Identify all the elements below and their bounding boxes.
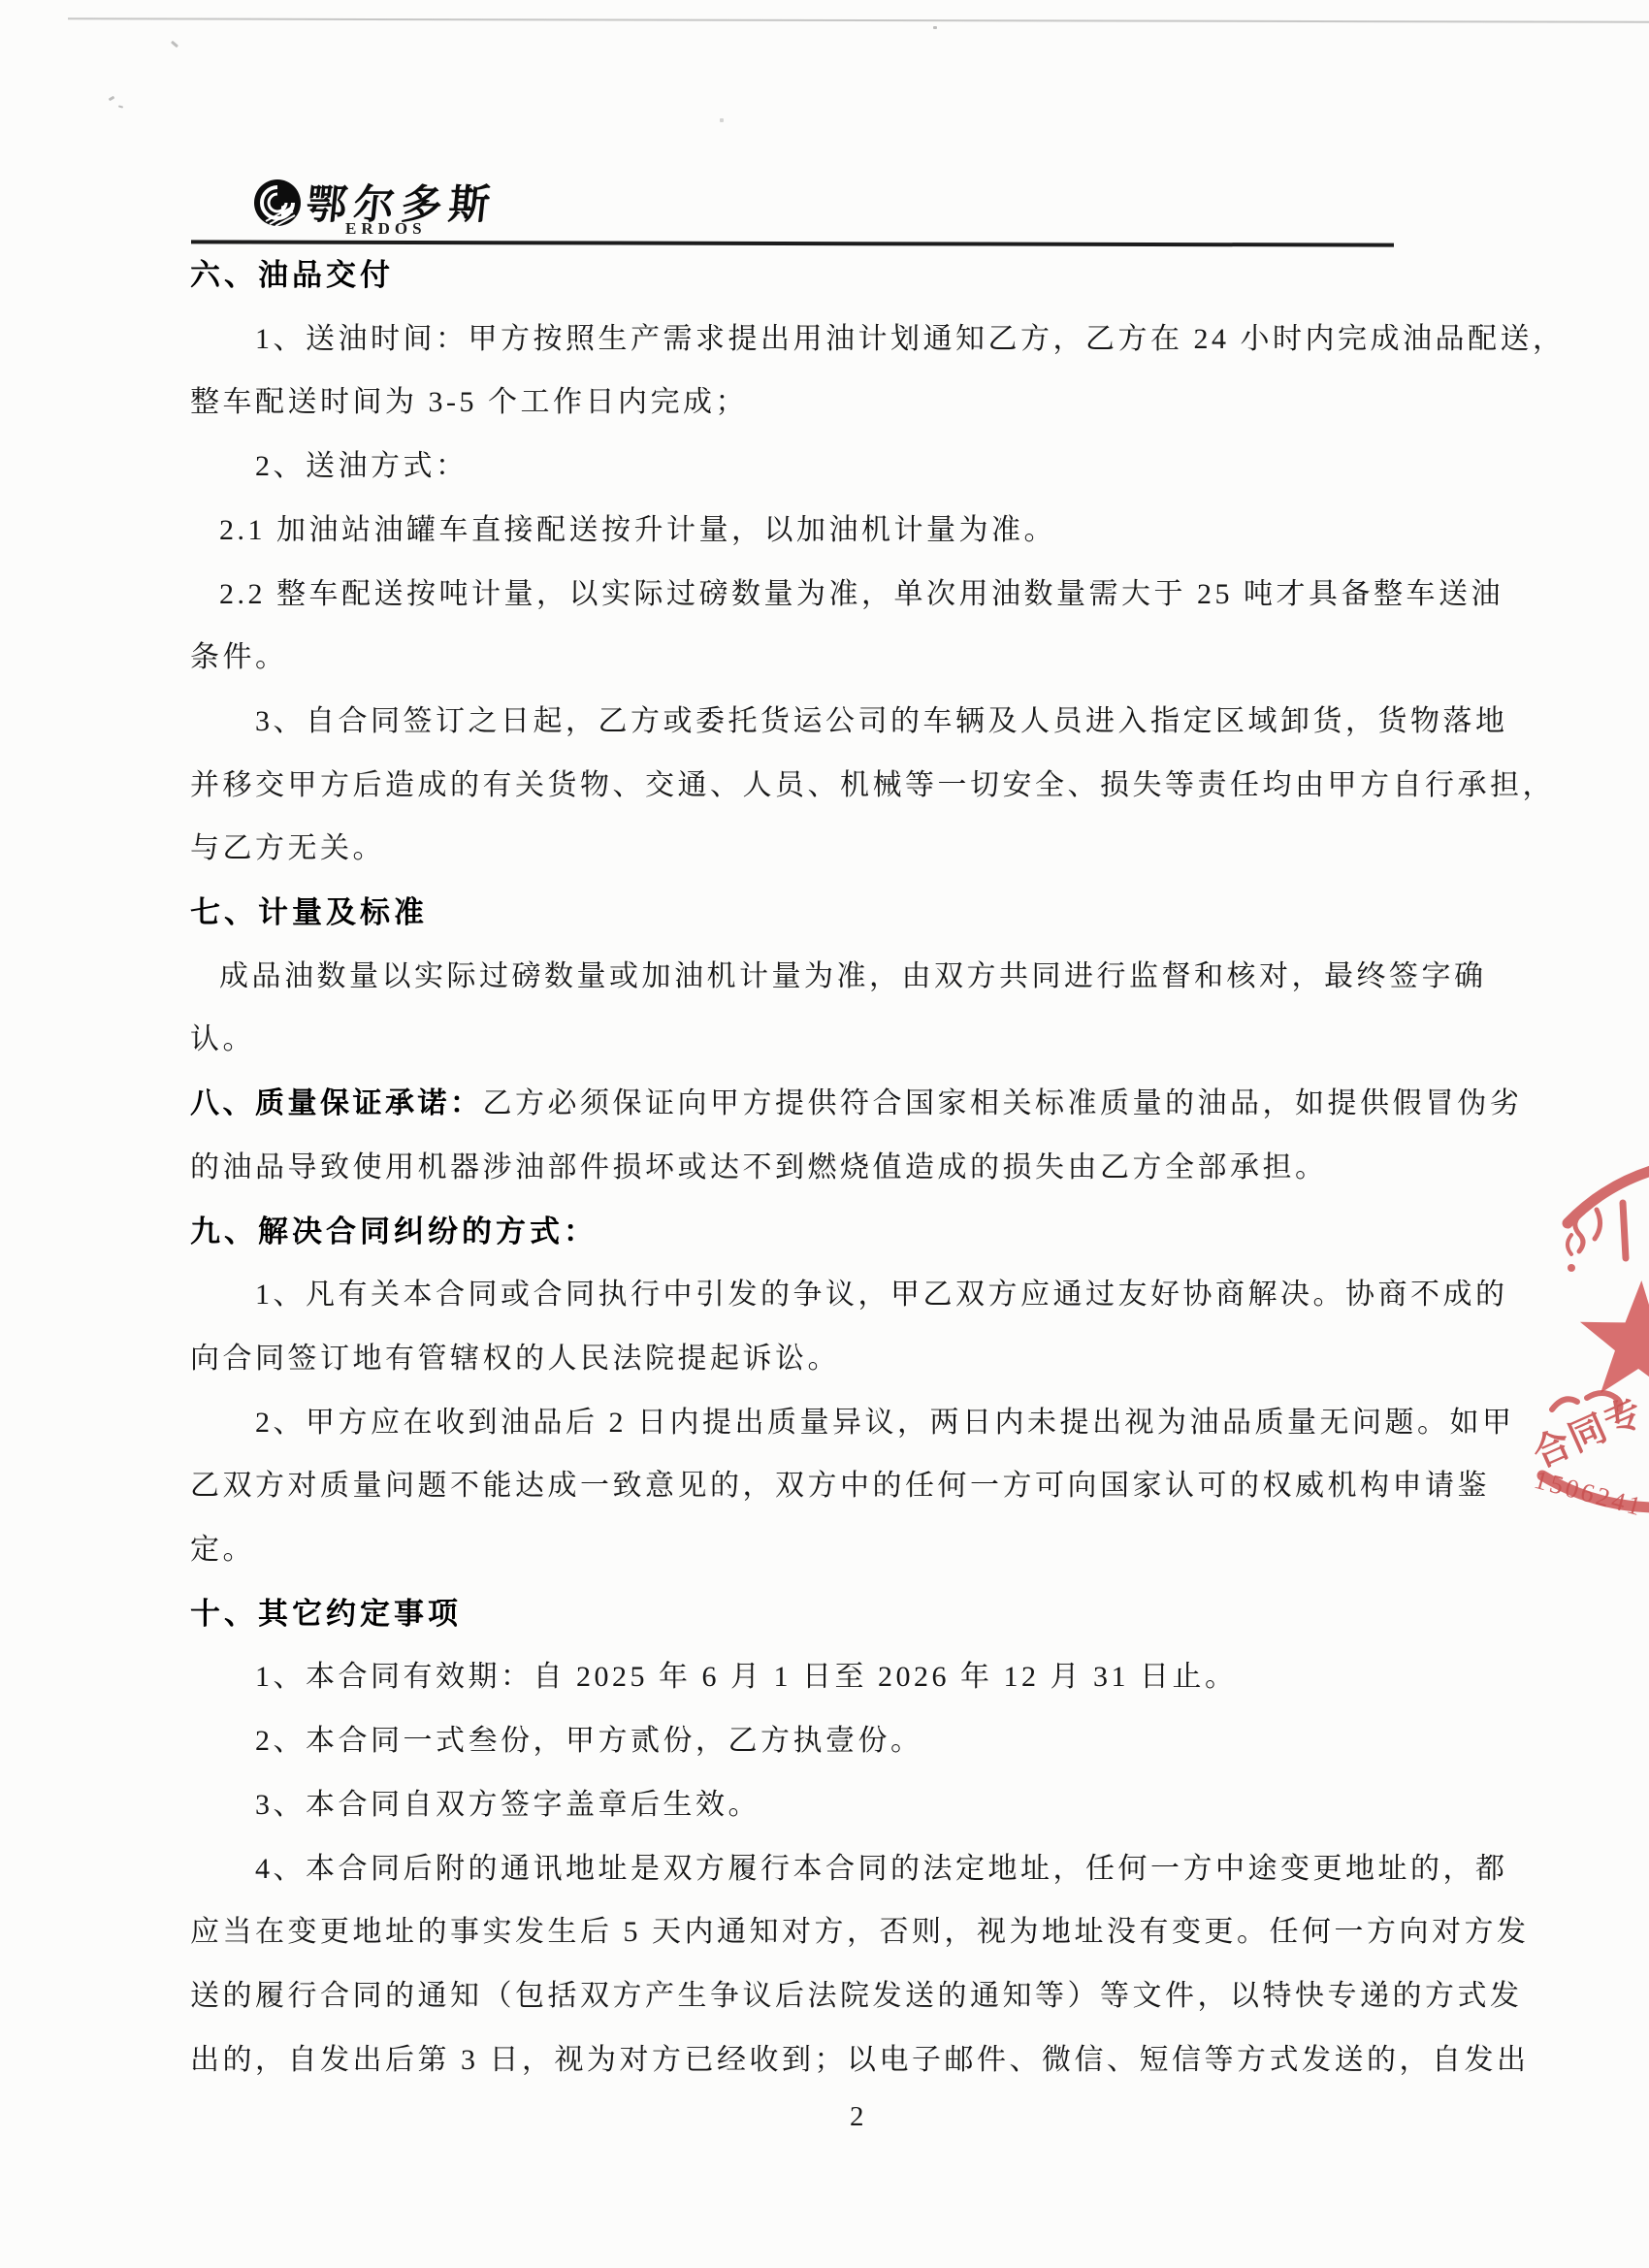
seal-number: 1506241 bbox=[1531, 1465, 1646, 1522]
red-contract-seal: 合同专 1506241 bbox=[1533, 1159, 1649, 1528]
text-line: 认。 bbox=[190, 1022, 255, 1057]
text-line: 1、凡有关本合同或合同执行中引发的争议，甲乙双方应通过友好协商解决。协商不成的 bbox=[255, 1278, 1508, 1312]
page-number: 2 bbox=[850, 2101, 864, 2133]
text-line: 出的，自发出后第 3 日，视为对方已经收到；以电子邮件、微信、短信等方式发送的，… bbox=[190, 2043, 1530, 2078]
section-heading: 七、计量及标准 bbox=[190, 895, 428, 930]
text-line: 2.2 整车配送按吨计量，以实际过磅数量为准，单次用油数量需大于 25 吨才具备… bbox=[219, 577, 1503, 612]
text-line: 2.1 加油站油罐车直接配送按升计量，以加油机计量为准。 bbox=[219, 513, 1056, 548]
text-line: 送的履行合同的通知（包括双方产生争议后法院发送的通知等）等文件，以特快专递的方式… bbox=[190, 1979, 1523, 2014]
text-line: 整车配送时间为 3-5 个工作日内完成； bbox=[190, 385, 748, 420]
text-line: 并移交甲方后造成的有关货物、交通、人员、机械等一切安全、损失等责任均由甲方自行承… bbox=[190, 768, 1555, 803]
text-line: 应当在变更地址的事实发生后 5 天内通知对方，否则，视为地址没有变更。任何一方向… bbox=[190, 1915, 1530, 1950]
seal-star-icon bbox=[1580, 1280, 1649, 1396]
scan-edge-line bbox=[68, 17, 1649, 22]
mongolian-script-top bbox=[1575, 1213, 1583, 1251]
text-line: 乙双方对质量问题不能达成一致意见的，双方中的任何一方可向国家认可的权威机构申请鉴 bbox=[190, 1469, 1490, 1504]
text-line: 向合同签订地有管辖权的人民法院提起诉讼。 bbox=[190, 1342, 840, 1377]
text-line: 1、送油时间：甲方按照生产需求提出用油计划通知乙方，乙方在 24 小时内完成油品… bbox=[255, 322, 1566, 357]
mongolian-script-top bbox=[1568, 1235, 1571, 1254]
text-line: 2、甲方应在收到油品后 2 日内提出质量异议，两日内未提出视为油品质量无问题。如… bbox=[255, 1406, 1515, 1441]
bold-clause-label: 八、质量保证承诺： bbox=[190, 1087, 483, 1119]
section-heading: 九、解决合同纠纷的方式： bbox=[190, 1215, 598, 1249]
text-line: 的油品导致使用机器涉油部件损坏或达不到燃烧值造成的损失由乙方全部承担。 bbox=[190, 1150, 1328, 1185]
section-heading: 六、油品交付 bbox=[190, 258, 394, 293]
seal-label: 合同专 bbox=[1528, 1391, 1649, 1475]
scan-speck bbox=[109, 96, 115, 102]
scan-speck bbox=[933, 26, 937, 29]
header-divider bbox=[191, 240, 1394, 246]
text-line: 定。 bbox=[190, 1533, 255, 1568]
brand-name-english: ERDOS bbox=[345, 219, 427, 239]
text-line: 3、自合同签订之日起，乙方或委托货运公司的车辆及人员进入指定区域卸货，货物落地 bbox=[255, 704, 1508, 739]
text-line: 3、本合同自双方签字盖章后生效。 bbox=[255, 1788, 760, 1823]
scan-speck bbox=[720, 118, 724, 122]
scan-speck bbox=[118, 105, 123, 108]
scanned-contract-page: 鄂尔多斯 ERDOS 六、油品交付1、送油时间：甲方按照生产需求提出用油计划通知… bbox=[0, 0, 1649, 2268]
text-line: 4、本合同后附的通讯地址是双方履行本合同的法定地址，任何一方中途变更地址的，都 bbox=[255, 1852, 1508, 1887]
text-line: 条件。 bbox=[190, 640, 288, 675]
text-line: 与乙方无关。 bbox=[190, 831, 385, 866]
scan-speck bbox=[171, 41, 178, 48]
mongolian-script-dot bbox=[1568, 1264, 1575, 1272]
seal-vertical-stroke bbox=[1623, 1203, 1626, 1258]
text-line: 2、送油方式： bbox=[255, 449, 469, 484]
mongolian-script-middle bbox=[1552, 1399, 1577, 1409]
mongolian-script-top bbox=[1595, 1210, 1600, 1239]
text-line: 2、本合同一式叁份，甲方贰份，乙方执壹份。 bbox=[255, 1724, 923, 1759]
text-line: 成品油数量以实际过磅数量或加油机计量为准，由双方共同进行监督和核对，最终签字确 bbox=[219, 959, 1487, 994]
erdos-swirl-icon bbox=[252, 178, 303, 229]
text-line: 八、质量保证承诺：乙方必须保证向甲方提供符合国家相关标准质量的油品，如提供假冒伪… bbox=[190, 1086, 1523, 1121]
text-line: 1、本合同有效期：自 2025 年 6 月 1 日至 2026 年 12 月 3… bbox=[255, 1660, 1238, 1695]
section-heading: 十、其它约定事项 bbox=[190, 1597, 462, 1632]
